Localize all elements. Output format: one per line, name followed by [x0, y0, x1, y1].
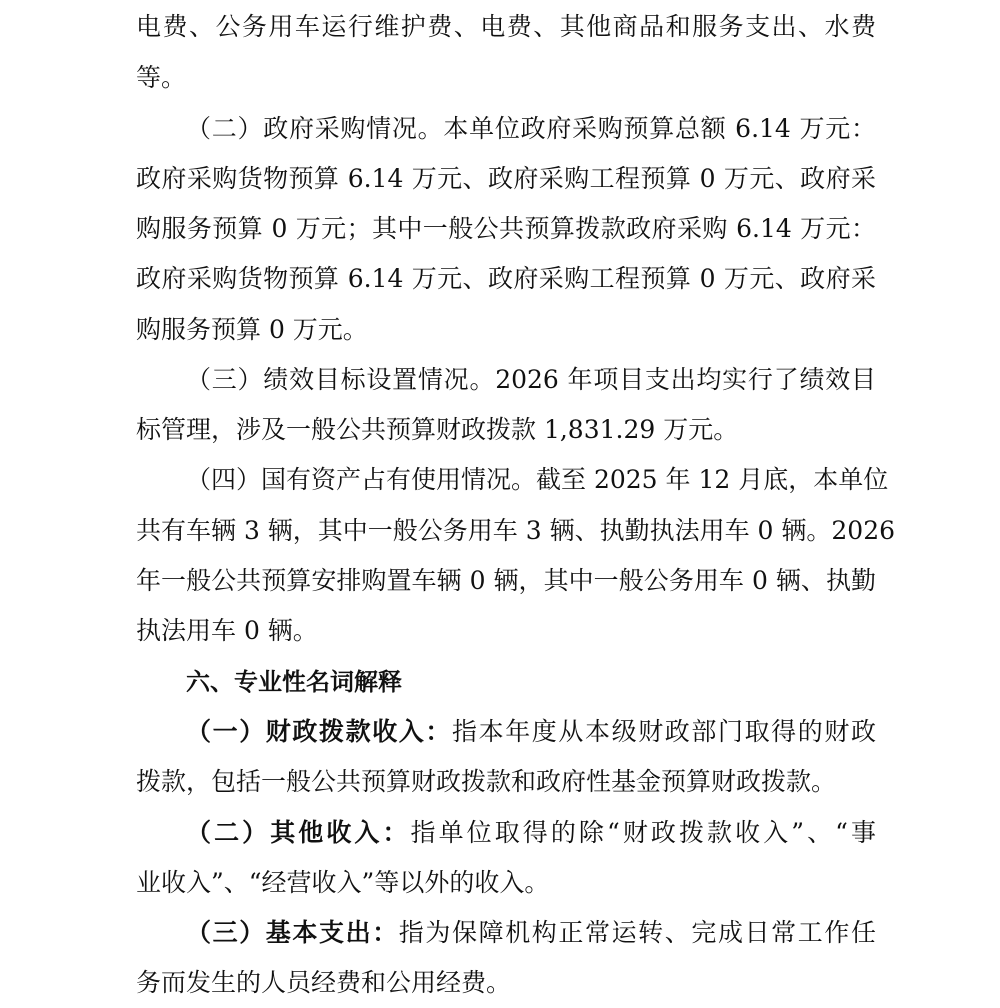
paragraph-procurement-line: 政府采购货物预算 6.14 万元、政府采购工程预算 0 万元、政府采 — [136, 154, 876, 204]
definition-text: 指为保障机构正常运转、完成日常工作任 — [399, 918, 876, 947]
paragraph-procurement-line: （二）政府采购情况。本单位政府采购预算总额 6.14 万元： — [186, 104, 876, 154]
paragraph-line: 电费、公务用车运行维护费、电费、其他商品和服务支出、水费 — [136, 2, 876, 52]
section-heading: 六、专业性名词解释 — [186, 657, 402, 707]
paragraph-assets-line: 执法用车 0 辆。 — [136, 606, 876, 656]
definition-term: （三）基本支出： — [186, 918, 399, 947]
paragraph-assets-line: 年一般公共预算安排购置车辆 0 辆，其中一般公务用车 0 辆、执勤 — [136, 556, 876, 606]
paragraph-assets-line: （四）国有资产占有使用情况。截至 2025 年 12 月底，本单位 — [186, 455, 876, 505]
definition-line: 拨款，包括一般公共预算财政拨款和政府性基金预算财政拨款。 — [136, 757, 876, 807]
paragraph-procurement-line: 政府采购货物预算 6.14 万元、政府采购工程预算 0 万元、政府采 — [136, 254, 876, 304]
definition-line: （二）其他收入：指单位取得的除“财政拨款收入”、“事 — [186, 808, 876, 858]
definition-text: 指本年度从本级财政部门取得的财政 — [452, 717, 876, 746]
paragraph-performance-line: （三）绩效目标设置情况。2026 年项目支出均实行了绩效目 — [186, 355, 876, 405]
definition-term: （一）财政拨款收入： — [186, 717, 452, 746]
paragraph-performance-line: 标管理，涉及一般公共预算财政拨款 1,831.29 万元。 — [136, 405, 876, 455]
definition-line: （一）财政拨款收入：指本年度从本级财政部门取得的财政 — [186, 707, 876, 757]
paragraph-procurement-line: 购服务预算 0 万元；其中一般公共预算拨款政府采购 6.14 万元： — [136, 204, 876, 254]
definition-line: 业收入”、“经营收入”等以外的收入。 — [136, 858, 876, 908]
definition-line: （三）基本支出：指为保障机构正常运转、完成日常工作任 — [186, 908, 876, 958]
paragraph-procurement-line: 购服务预算 0 万元。 — [136, 305, 876, 355]
definition-line: 务而发生的人员经费和公用经费。 — [136, 958, 876, 1008]
definition-term: （二）其他收入： — [186, 818, 411, 847]
paragraph-assets-line: 共有车辆 3 辆，其中一般公务用车 3 辆、执勤执法用车 0 辆。2026 — [136, 506, 876, 556]
paragraph-line: 等。 — [136, 53, 876, 103]
definition-text: 指单位取得的除“财政拨款收入”、“事 — [411, 818, 876, 847]
